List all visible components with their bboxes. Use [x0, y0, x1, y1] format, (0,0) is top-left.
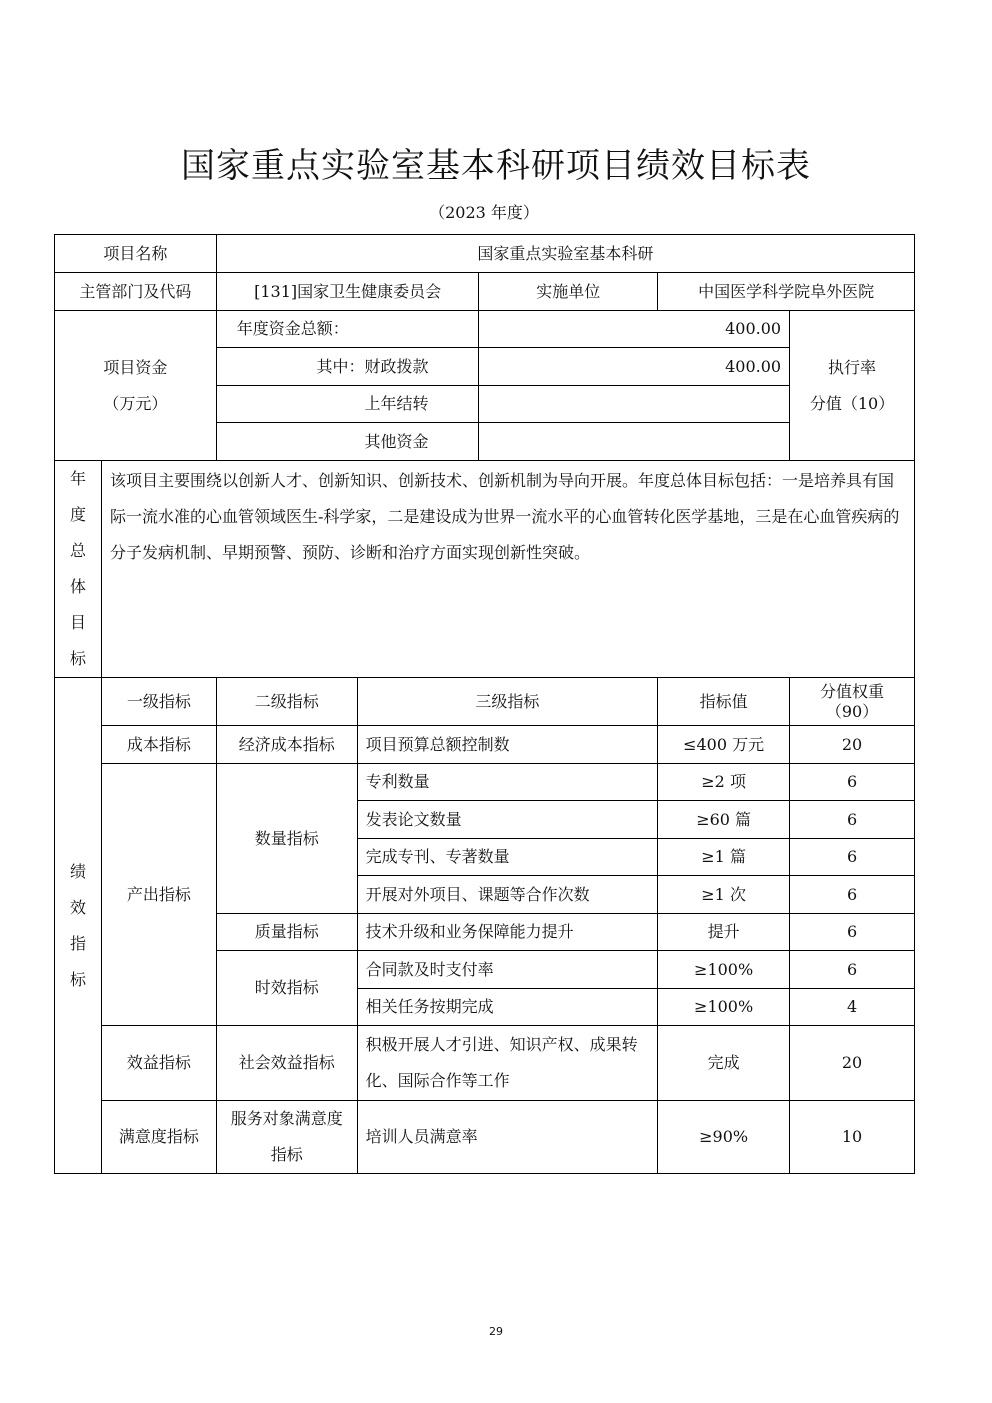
- header-level2: 二级指标: [216, 678, 357, 726]
- benefit-level2: 社会效益指标: [216, 1026, 357, 1101]
- indicator-weight: 6: [790, 764, 915, 801]
- funding-carryover-label: 上年结转: [216, 386, 479, 423]
- indicator-level3: 技术升级和业务保障能力提升: [357, 914, 658, 951]
- indicator-value: ≥1 次: [658, 876, 790, 914]
- cost-level3: 项目预算总额控制数: [357, 726, 658, 764]
- indicator-row: 效益指标 社会效益指标 积极开展人才引进、知识产权、成果转化、国际合作等工作 完…: [55, 1026, 915, 1101]
- dept-row: 主管部门及代码 [131]国家卫生健康委员会 实施单位 中国医学科学院阜外医院: [55, 273, 915, 311]
- indicator-weight: 6: [790, 914, 915, 951]
- satisfaction-value: ≥90%: [658, 1101, 790, 1174]
- indicator-level3: 合同款及时支付率: [357, 951, 658, 989]
- goal-text: 该项目主要围绕以创新人才、创新知识、创新技术、创新机制为导向开展。年度总体目标包…: [101, 461, 914, 678]
- indicator-weight: 4: [790, 989, 915, 1026]
- indicator-value: ≥1 篇: [658, 839, 790, 876]
- funding-other-value: [479, 423, 790, 461]
- goal-label-char: 总: [55, 533, 101, 569]
- page-number: 29: [0, 1325, 992, 1338]
- indicator-weight: 6: [790, 839, 915, 876]
- indicator-label-char: 绩: [55, 854, 101, 890]
- goal-label-char: 度: [55, 497, 101, 533]
- cost-level2: 经济成本指标: [216, 726, 357, 764]
- indicator-row: 产出指标 数量指标 专利数量 ≥2 项 6: [55, 764, 915, 801]
- header-level1: 一级指标: [101, 678, 216, 726]
- funding-row: 项目资金 （万元） 年度资金总额： 400.00 执行率 分值（10）: [55, 311, 915, 348]
- output-level1: 产出指标: [101, 764, 216, 1026]
- indicator-weight: 6: [790, 876, 915, 914]
- benefit-level3: 积极开展人才引进、知识产权、成果转化、国际合作等工作: [357, 1026, 658, 1101]
- project-name-row: 项目名称 国家重点实验室基本科研: [55, 235, 915, 273]
- indicator-weight: 6: [790, 801, 915, 839]
- execution-rate: 执行率 分值（10）: [790, 311, 915, 461]
- indicator-row: 满意度指标 服务对象满意度指标 培训人员满意率 ≥90% 10: [55, 1101, 915, 1174]
- project-name-value: 国家重点实验室基本科研: [216, 235, 914, 273]
- goal-label-char: 年: [55, 461, 101, 497]
- header-weight: 分值权重 （90）: [790, 678, 915, 726]
- indicator-label-char: 效: [55, 890, 101, 926]
- indicator-label-char: 指: [55, 926, 101, 962]
- satisfaction-level3: 培训人员满意率: [357, 1101, 658, 1174]
- year-subtitle: （2023 年度）: [0, 200, 968, 223]
- indicator-header-row: 绩 效 指 标 一级指标 二级指标 三级指标 指标值 分值权重 （90）: [55, 678, 915, 726]
- indicator-value: ≥60 篇: [658, 801, 790, 839]
- header-value: 指标值: [658, 678, 790, 726]
- funding-carryover-value: [479, 386, 790, 423]
- unit-label: 实施单位: [479, 273, 658, 311]
- indicator-value: ≥100%: [658, 951, 790, 989]
- execution-rate-line1: 执行率: [798, 350, 906, 386]
- indicator-level3: 相关任务按期完成: [357, 989, 658, 1026]
- goal-label: 年 度 总 体 目 标: [55, 461, 102, 678]
- indicator-label: 绩 效 指 标: [55, 678, 102, 1174]
- project-name-label: 项目名称: [55, 235, 217, 273]
- funding-label-line2: （万元）: [63, 386, 208, 422]
- benefit-level1: 效益指标: [101, 1026, 216, 1101]
- performance-table: 项目名称 国家重点实验室基本科研 主管部门及代码 [131]国家卫生健康委员会 …: [54, 234, 915, 1174]
- goal-label-char: 目: [55, 605, 101, 641]
- goal-label-char: 标: [55, 641, 101, 677]
- header-level3: 三级指标: [357, 678, 658, 726]
- dept-label: 主管部门及代码: [55, 273, 217, 311]
- indicator-value: ≥2 项: [658, 764, 790, 801]
- funding-label: 项目资金 （万元）: [55, 311, 217, 461]
- indicator-weight: 6: [790, 951, 915, 989]
- timeliness-level2: 时效指标: [216, 951, 357, 1026]
- header-weight-line2: （90）: [798, 702, 906, 721]
- indicator-level3: 开展对外项目、课题等合作次数: [357, 876, 658, 914]
- dept-value: [131]国家卫生健康委员会: [216, 273, 479, 311]
- indicator-value: 提升: [658, 914, 790, 951]
- benefit-value: 完成: [658, 1026, 790, 1101]
- funding-other-label: 其他资金: [216, 423, 479, 461]
- indicator-level3: 完成专刊、专著数量: [357, 839, 658, 876]
- funding-fiscal-label: 其中：财政拨款: [216, 348, 479, 386]
- indicator-row: 成本指标 经济成本指标 项目预算总额控制数 ≤400 万元 20: [55, 726, 915, 764]
- indicator-level3: 专利数量: [357, 764, 658, 801]
- satisfaction-level2: 服务对象满意度指标: [216, 1101, 357, 1174]
- funding-total-value: 400.00: [479, 311, 790, 348]
- indicator-label-char: 标: [55, 962, 101, 998]
- page-title: 国家重点实验室基本科研项目绩效目标表: [0, 138, 992, 187]
- goal-row: 年 度 总 体 目 标 该项目主要围绕以创新人才、创新知识、创新技术、创新机制为…: [55, 461, 915, 678]
- quality-level2: 质量指标: [216, 914, 357, 951]
- satisfaction-level1: 满意度指标: [101, 1101, 216, 1174]
- funding-total-label: 年度资金总额：: [216, 311, 479, 348]
- quantity-level2: 数量指标: [216, 764, 357, 914]
- cost-value: ≤400 万元: [658, 726, 790, 764]
- benefit-weight: 20: [790, 1026, 915, 1101]
- goal-label-char: 体: [55, 569, 101, 605]
- header-weight-line1: 分值权重: [798, 682, 906, 701]
- cost-level1: 成本指标: [101, 726, 216, 764]
- funding-fiscal-value: 400.00: [479, 348, 790, 386]
- execution-rate-line2: 分值（10）: [798, 386, 906, 422]
- cost-weight: 20: [790, 726, 915, 764]
- indicator-value: ≥100%: [658, 989, 790, 1026]
- satisfaction-weight: 10: [790, 1101, 915, 1174]
- funding-label-line1: 项目资金: [63, 350, 208, 386]
- indicator-level3: 发表论文数量: [357, 801, 658, 839]
- unit-value: 中国医学科学院阜外医院: [658, 273, 915, 311]
